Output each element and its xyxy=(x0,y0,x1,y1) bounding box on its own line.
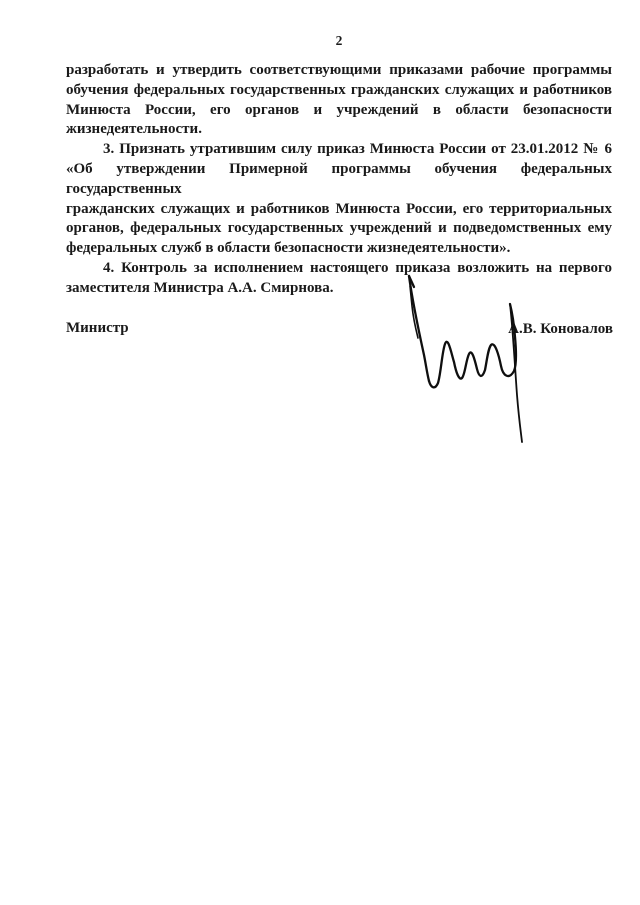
paragraph-continuation: разработать и утвердить соответствующими… xyxy=(66,61,612,140)
body-line: «Об утверждении Примерной программы обуч… xyxy=(66,160,612,200)
signature-ink xyxy=(393,268,535,453)
document-page: 2 разработать и утвердить соответствующи… xyxy=(0,0,640,905)
body-line: разработать и утвердить соответствующими… xyxy=(66,61,612,81)
body-line: федеральных служб в области безопасности… xyxy=(66,239,612,259)
body-line: обучения федеральных государственных гра… xyxy=(66,81,612,101)
body-line: гражданских служащих и работников Минюст… xyxy=(66,200,612,220)
paragraph-item-3: 3. Признать утратившим силу приказ Минюс… xyxy=(66,140,612,259)
signer-title: Министр xyxy=(66,320,129,337)
document-body: разработать и утвердить соответствующими… xyxy=(66,61,612,299)
body-line: органов, федеральных государственных учр… xyxy=(66,219,612,239)
body-line: 3. Признать утратившим силу приказ Минюс… xyxy=(66,140,612,160)
body-line: Минюста России, его органов и учреждений… xyxy=(66,101,612,121)
body-line: жизнедеятельности. xyxy=(66,120,612,140)
page-number: 2 xyxy=(66,33,612,49)
